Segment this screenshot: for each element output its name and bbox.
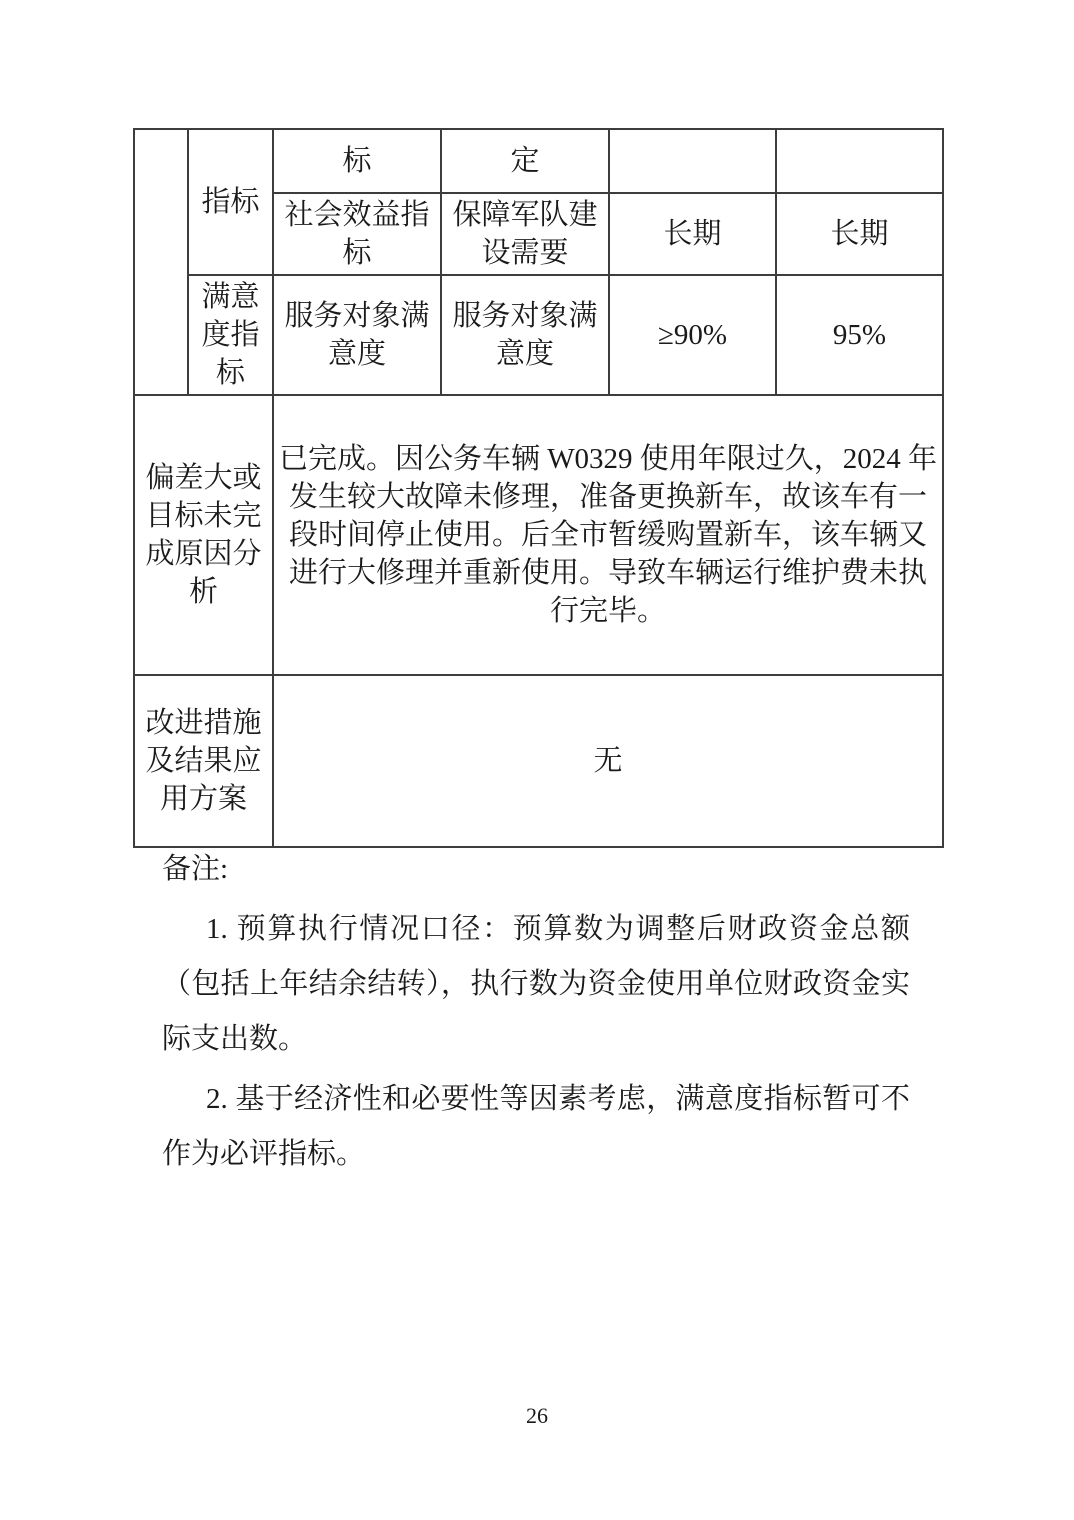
cell-improvement-label: 改进措施及结果应用方案 xyxy=(134,675,273,847)
cell-satisfaction-label: 满意度指标 xyxy=(188,275,273,395)
cell-improvement-content: 无 xyxy=(273,675,943,847)
table-row: 指标 标 定 xyxy=(134,129,943,193)
performance-indicator-table: 指标 标 定 社会效益指标 保障军队建设需要 长期 长期 满意度指标 服务对象满… xyxy=(133,128,944,848)
cell-empty-spacer xyxy=(134,129,188,395)
note-item-1: 1. 预算执行情况口径：预算数为调整后财政资金总额（包括上年结余结转），执行数为… xyxy=(162,902,910,1067)
cell-deviation-label: 偏差大或目标未完成原因分析 xyxy=(134,395,273,675)
cell-col6-header-empty xyxy=(776,129,943,193)
document-page: 指标 标 定 社会效益指标 保障军队建设需要 长期 长期 满意度指标 服务对象满… xyxy=(0,0,1074,1520)
cell-satisfaction-indicator: 服务对象满意度 xyxy=(441,275,609,395)
cell-deviation-content: 已完成。因公务车辆 W0329 使用年限过久，2024 年发生较大故障未修理，准… xyxy=(273,395,943,675)
cell-indicator-label: 指标 xyxy=(188,129,273,275)
notes-heading: 备注: xyxy=(162,842,910,897)
table-row: 偏差大或目标未完成原因分析 已完成。因公务车辆 W0329 使用年限过久，202… xyxy=(134,395,943,675)
cell-col3-header: 标 xyxy=(273,129,441,193)
table-row: 改进措施及结果应用方案 无 xyxy=(134,675,943,847)
cell-satisfaction-target: ≥90% xyxy=(609,275,776,395)
cell-col5-header-empty xyxy=(609,129,776,193)
cell-col4-header: 定 xyxy=(441,129,609,193)
page-number: 26 xyxy=(0,1403,1074,1429)
cell-actual-longterm: 长期 xyxy=(776,193,943,275)
cell-satisfaction-category: 服务对象满意度 xyxy=(273,275,441,395)
note-item-2: 2. 基于经济性和必要性等因素考虑，满意度指标暂可不作为必评指标。 xyxy=(162,1072,910,1182)
cell-satisfaction-actual: 95% xyxy=(776,275,943,395)
cell-military-need-indicator: 保障军队建设需要 xyxy=(441,193,609,275)
notes-section: 备注: 1. 预算执行情况口径：预算数为调整后财政资金总额（包括上年结余结转），… xyxy=(162,842,910,1182)
cell-social-benefit-category: 社会效益指标 xyxy=(273,193,441,275)
cell-target-longterm: 长期 xyxy=(609,193,776,275)
table-row: 满意度指标 服务对象满意度 服务对象满意度 ≥90% 95% xyxy=(134,275,943,395)
